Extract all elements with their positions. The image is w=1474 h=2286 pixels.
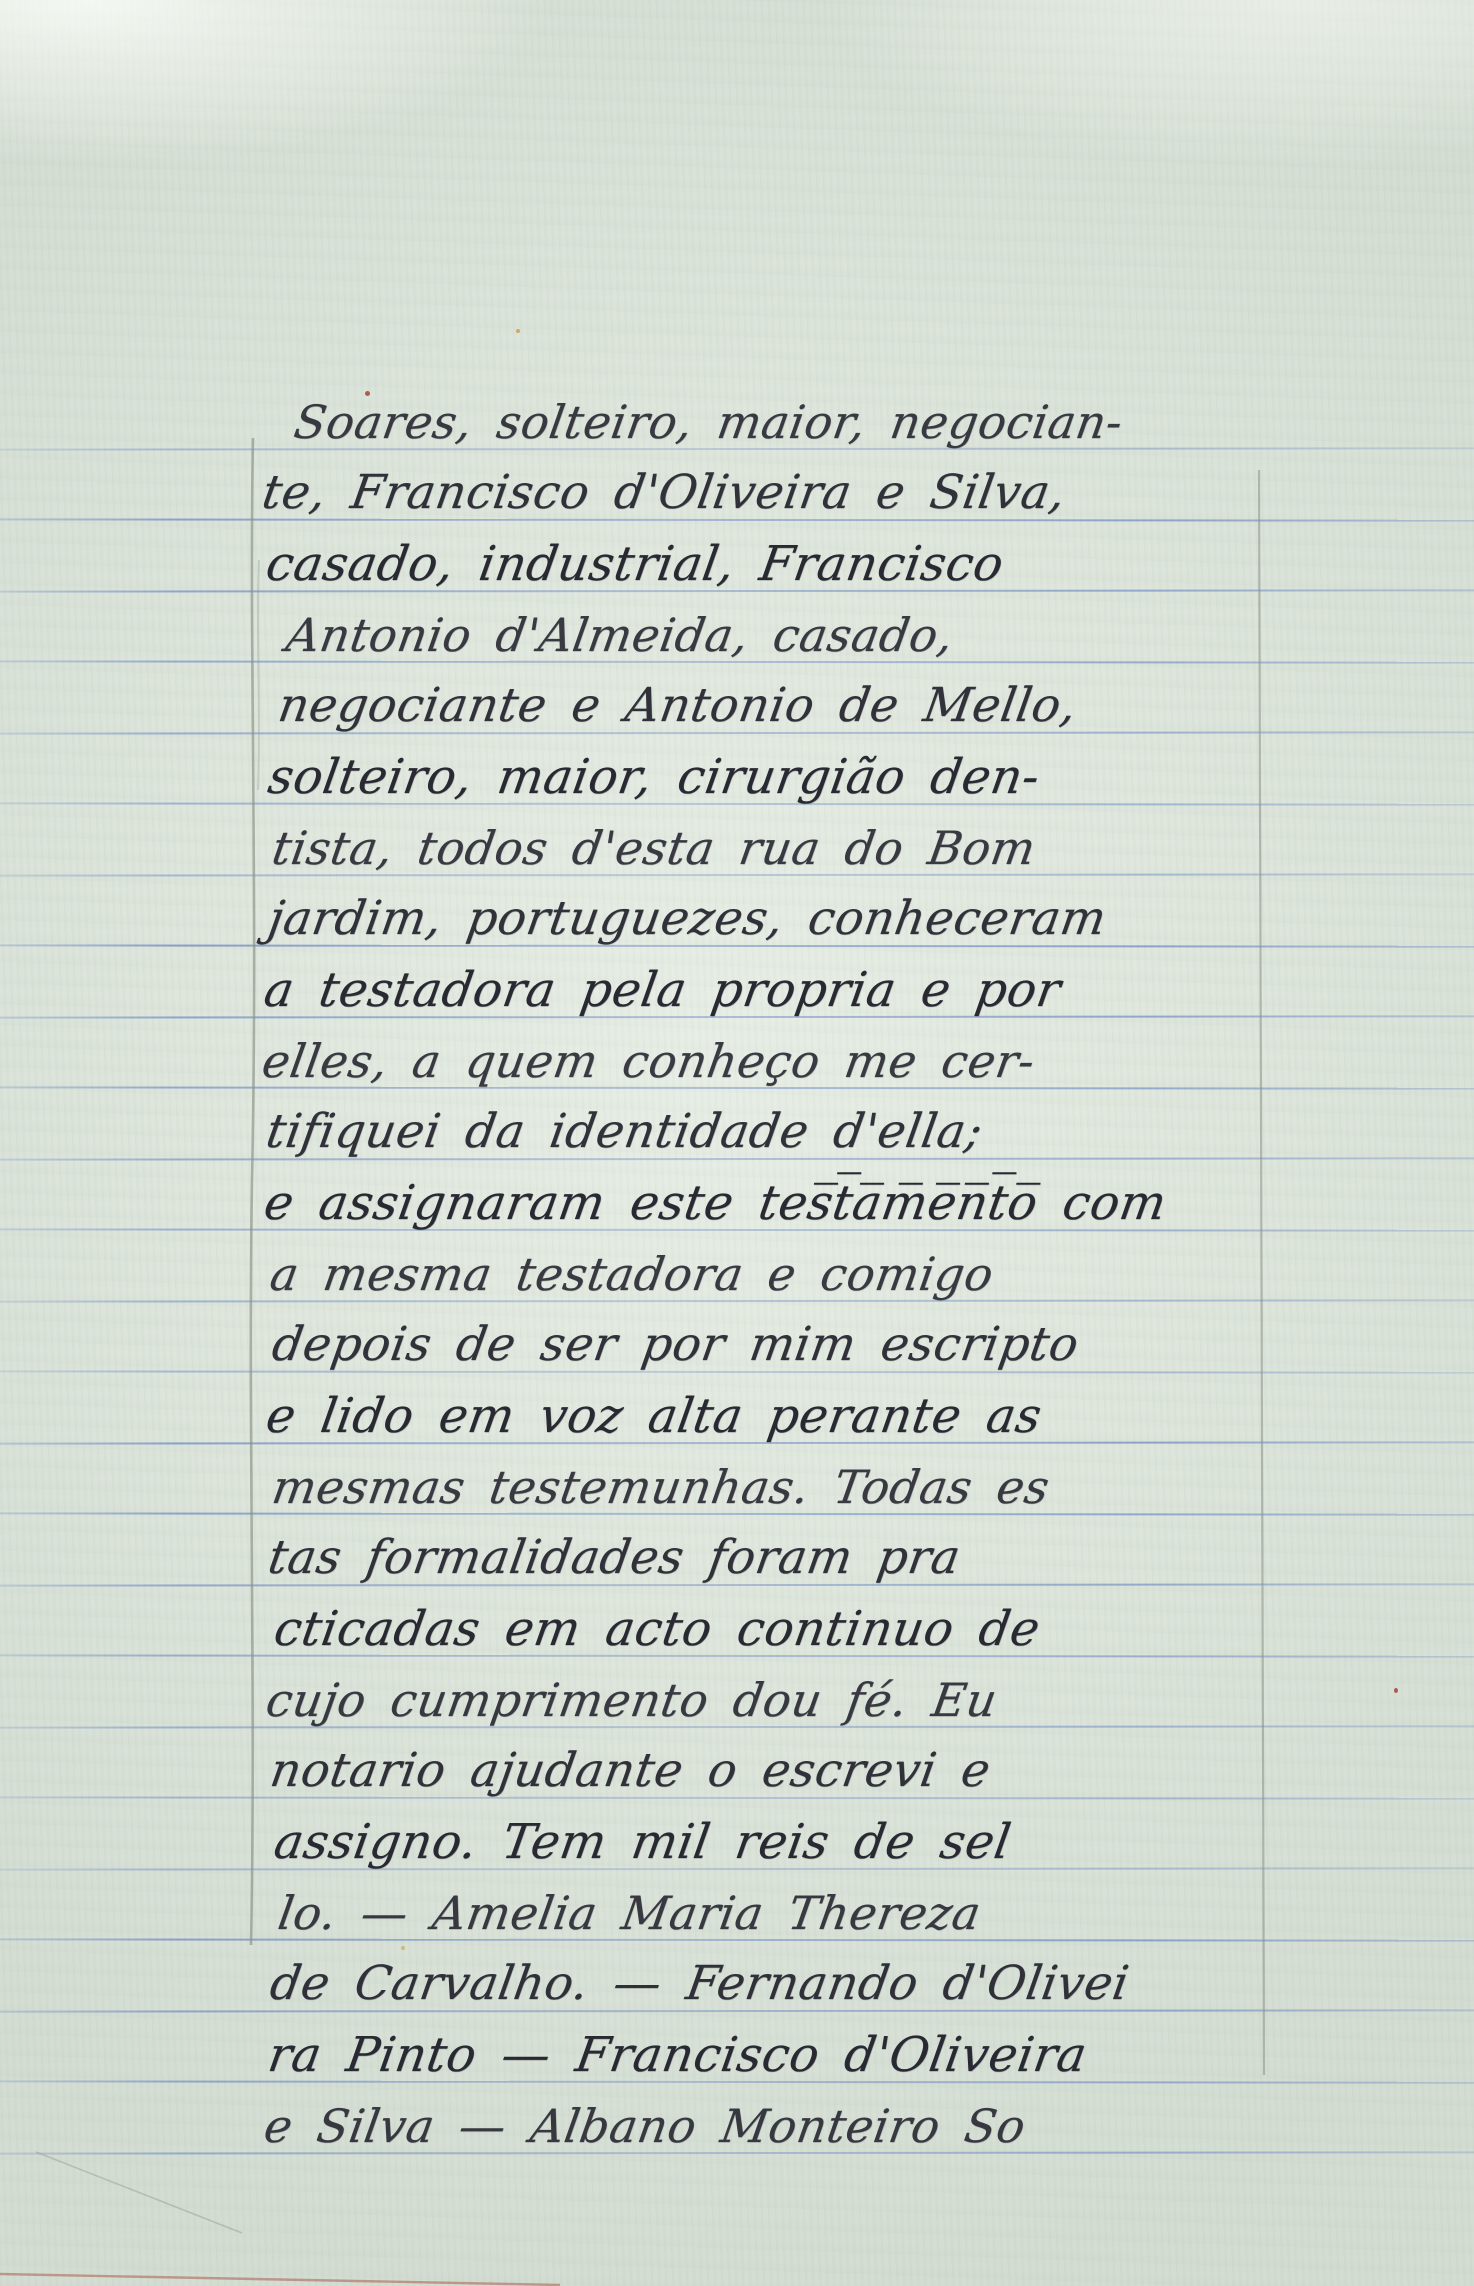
page-bottom-edge bbox=[0, 2274, 560, 2285]
manuscript-page: Soares, solteiro, maior, negocian-te, Fr… bbox=[0, 0, 1474, 2286]
paper-speck bbox=[1394, 1688, 1398, 1693]
paper-speck bbox=[516, 329, 520, 333]
left-margin-line-ghost bbox=[258, 560, 259, 790]
pencil-margin-lines bbox=[0, 0, 1474, 2286]
left-margin-line bbox=[251, 438, 254, 1945]
paper-speck bbox=[401, 1946, 405, 1950]
corner-scratch bbox=[36, 2152, 242, 2233]
paper-speck bbox=[365, 391, 370, 396]
right-margin-line bbox=[1259, 470, 1264, 2075]
